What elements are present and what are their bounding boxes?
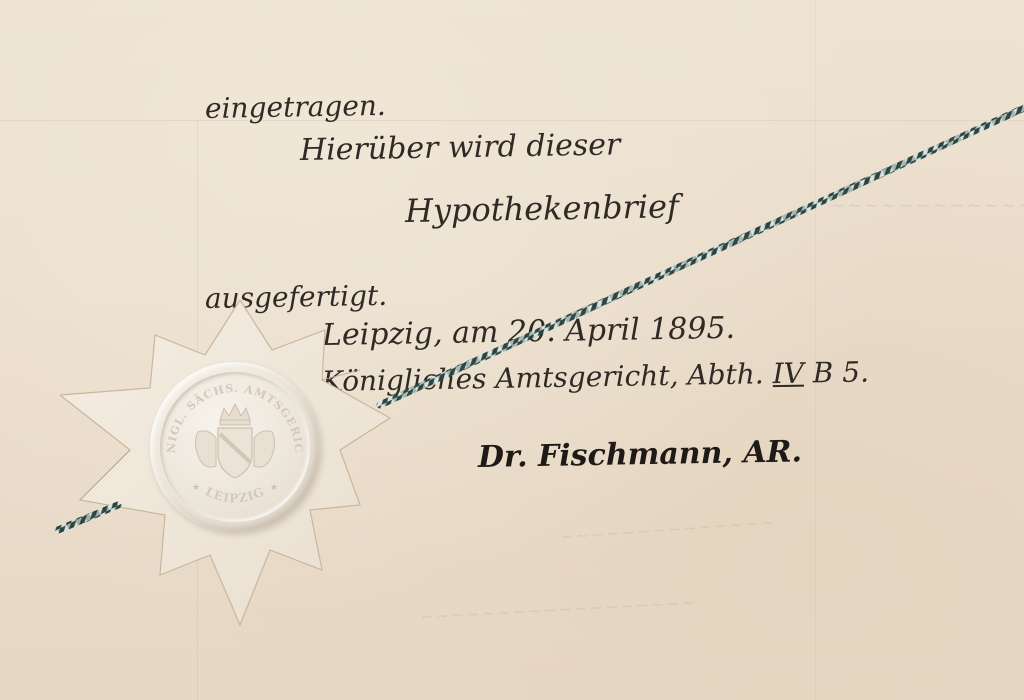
star-icon: ★ [270, 482, 278, 492]
lion-right-icon [254, 431, 275, 467]
embossed-court-seal: KÖNIGL. SÄCHS. AMTSGERICHT LEIPZIG ★ ★ [150, 362, 320, 532]
seal-bottom-text: LEIPZIG [203, 484, 267, 505]
seal-emblem: KÖNIGL. SÄCHS. AMTSGERICHT LEIPZIG ★ ★ [150, 362, 320, 532]
crown-icon [220, 404, 250, 425]
star-icon: ★ [192, 482, 200, 492]
document-page: ~~~~~~~~~~~~~~~~~~~~~ ~~~~~~~~~~~~~~ ~~~… [0, 0, 1024, 700]
twisted-cord [0, 0, 1024, 700]
lion-left-icon [195, 431, 216, 467]
